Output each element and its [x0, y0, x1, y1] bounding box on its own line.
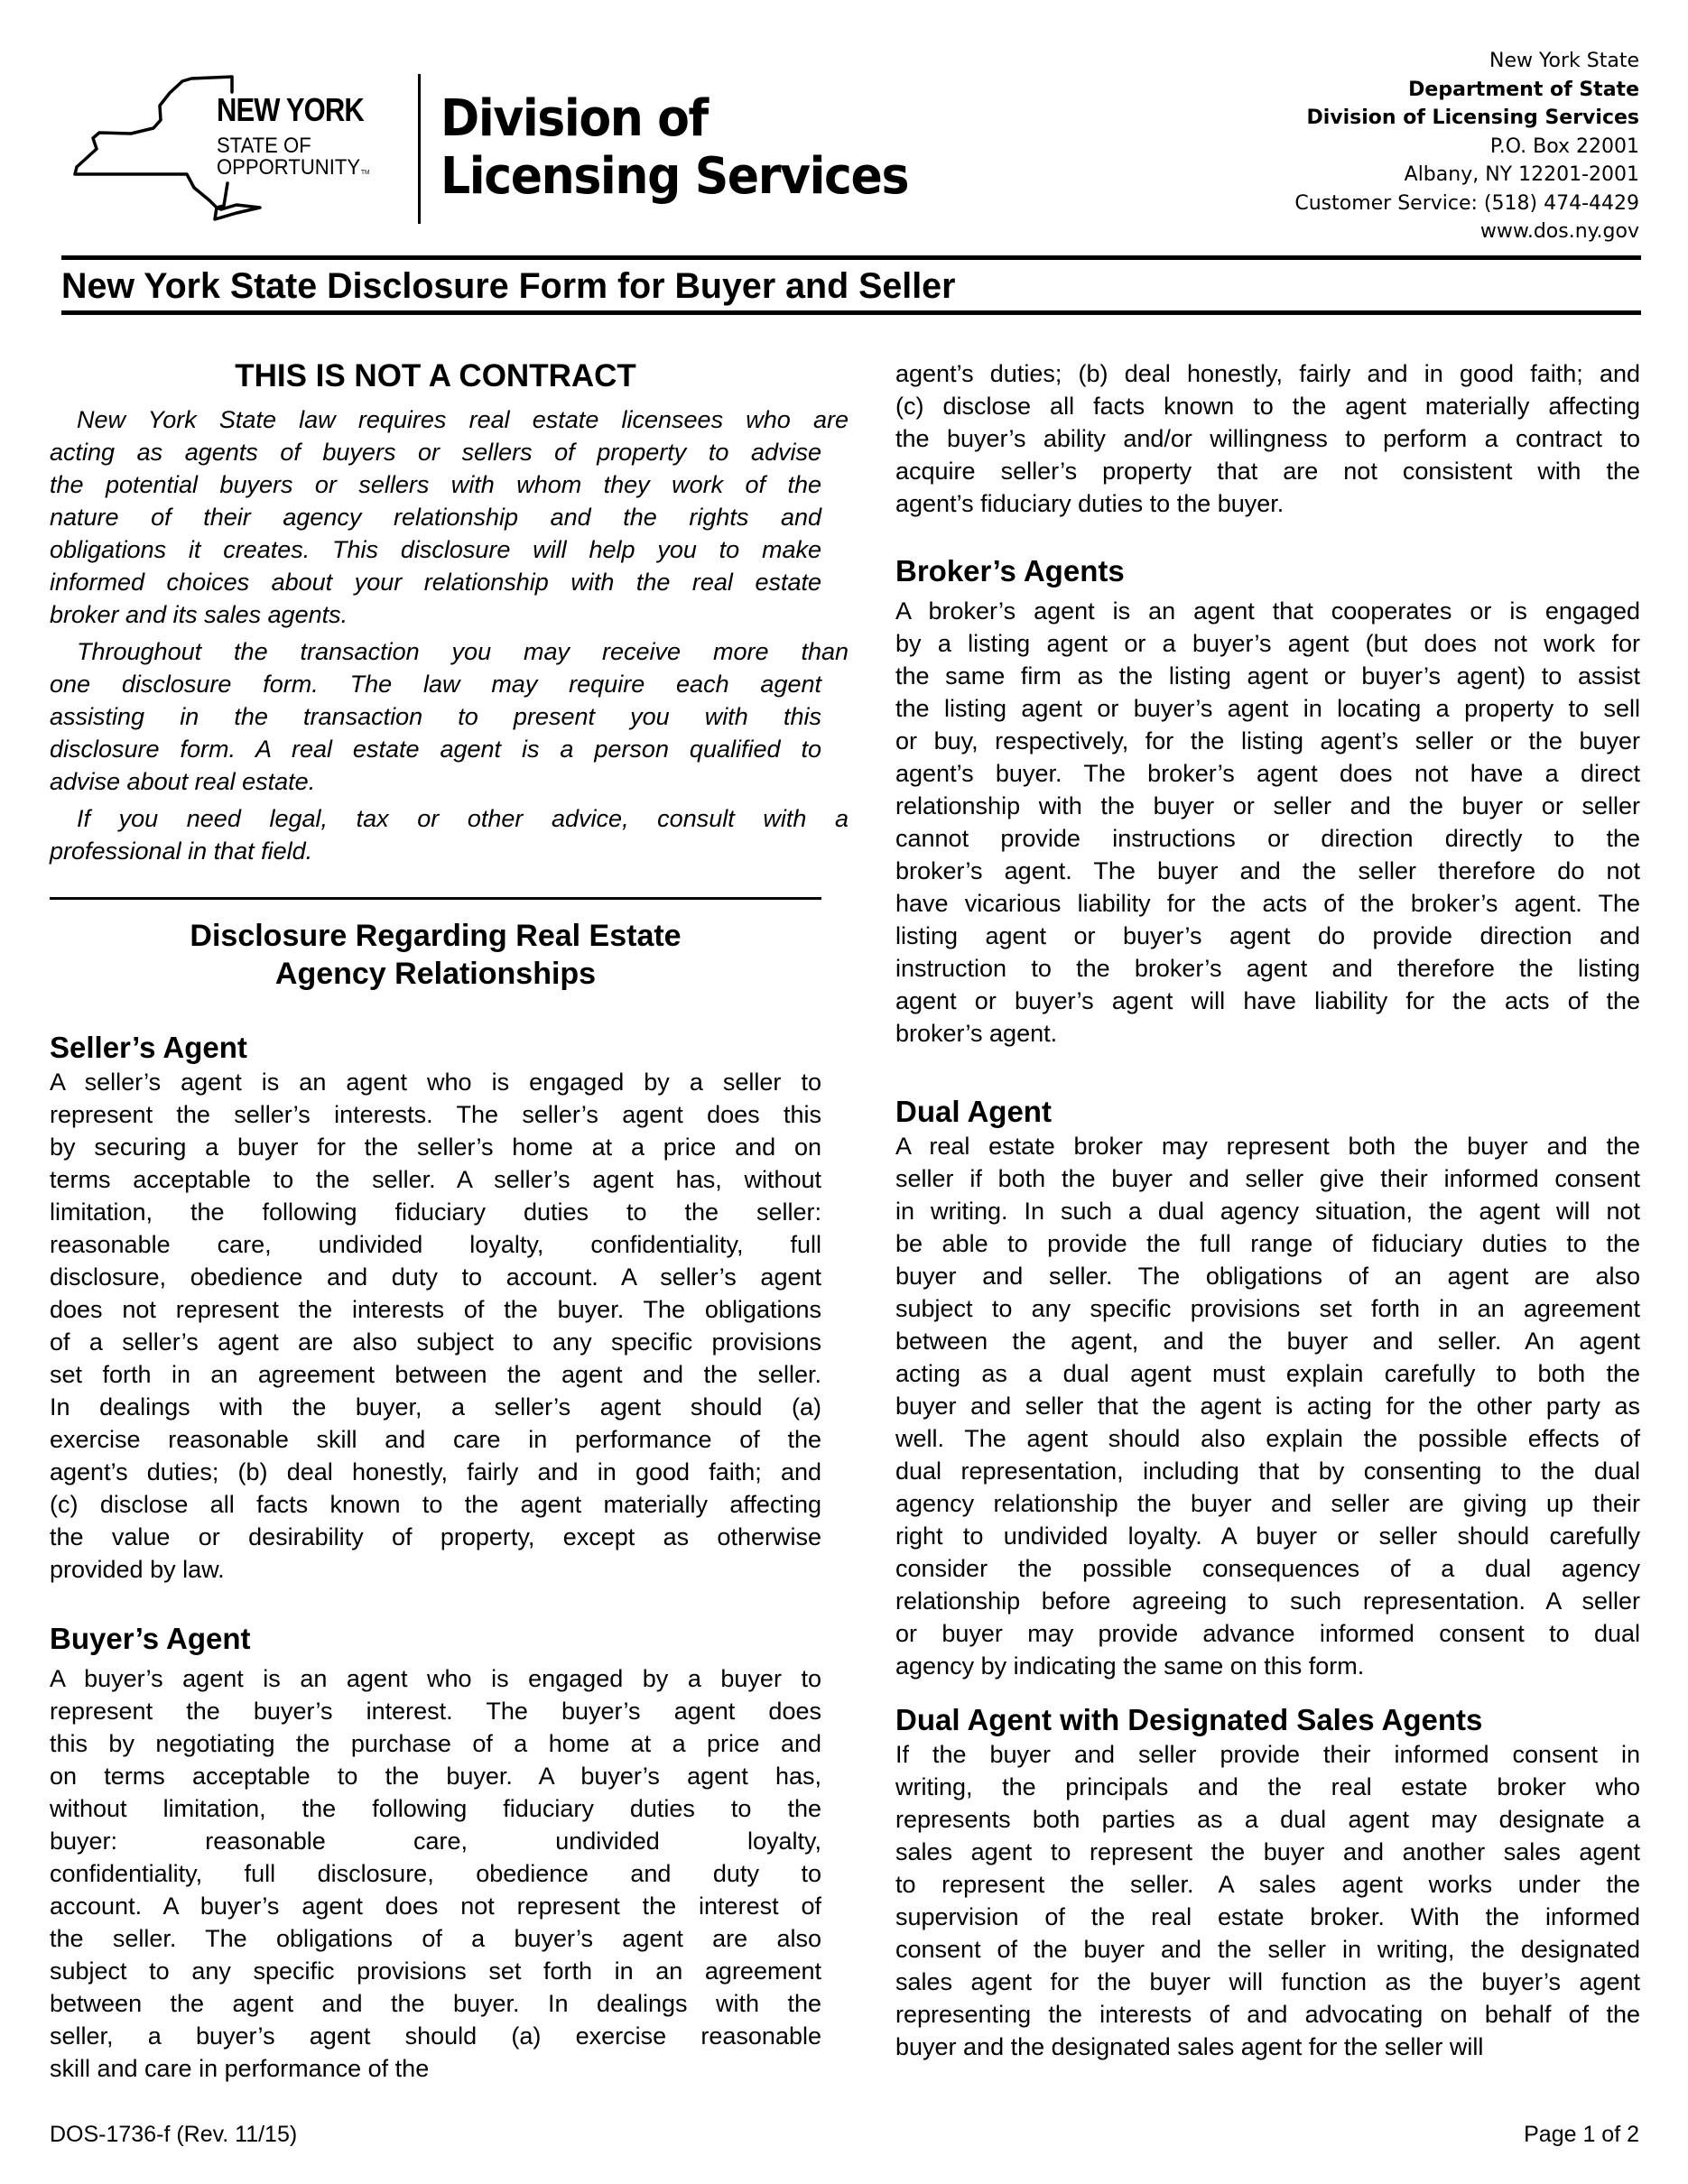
- text-line: If the buyer and seller provide their in…: [895, 1738, 1640, 1771]
- text-line: the potential buyers or sellers with who…: [50, 468, 821, 501]
- text-line: A broker’s agent is an agent that cooper…: [895, 595, 1640, 627]
- text-line: reasonable care, undivided loyalty, conf…: [50, 1228, 821, 1261]
- sellers-agent-body: A seller’s agent is an agent who is enga…: [50, 1066, 821, 1586]
- trademark-mark: TM: [361, 170, 369, 176]
- text-line: agency by indicating the same on this fo…: [895, 1650, 1640, 1682]
- text-line: cannot provide instructions or direction…: [895, 822, 1640, 855]
- dual-agent-designated-heading: Dual Agent with Designated Sales Agents: [895, 1702, 1640, 1738]
- text-line: instruction to the broker’s agent and th…: [895, 952, 1640, 985]
- text-line: consent of the buyer and the seller in w…: [895, 1933, 1640, 1966]
- text-line: sales agent to represent the buyer and a…: [895, 1836, 1640, 1868]
- text-line: relationship with the buyer or seller an…: [895, 790, 1640, 822]
- text-line: broker’s agent. The buyer and the seller…: [895, 855, 1640, 887]
- logo-opportunity-text: OPPORTUNITY: [217, 155, 360, 180]
- text-line: to represent the seller. A sales agent w…: [895, 1868, 1640, 1901]
- text-line: on terms acceptable to the buyer. A buye…: [50, 1760, 821, 1792]
- text-line: acquire seller’s property that are not c…: [895, 455, 1640, 487]
- disclosure-heading-line2: Agency Relationships: [50, 955, 821, 993]
- text-line: well. The agent should also explain the …: [895, 1422, 1640, 1455]
- not-a-contract-heading: THIS IS NOT A CONTRACT: [50, 357, 821, 395]
- address-phone: Customer Service: (518) 474-4429: [1294, 190, 1639, 218]
- text-line: New York State law requires real estate …: [50, 403, 849, 436]
- dual-agent-section: Dual Agent A real estate broker may repr…: [895, 1094, 1640, 1682]
- text-line: represent the seller’s interests. The se…: [50, 1098, 821, 1131]
- text-line: agency relationship the buyer and seller…: [895, 1487, 1640, 1520]
- intro-paragraph-1: New York State law requires real estate …: [50, 403, 821, 631]
- text-line: informed choices about your relationship…: [50, 566, 821, 598]
- text-line: buyer: reasonable care, undivided loyalt…: [50, 1825, 821, 1857]
- address-website[interactable]: www.dos.ny.gov: [1294, 217, 1639, 246]
- text-line: of a seller’s agent are also subject to …: [50, 1326, 821, 1358]
- text-line: account. A buyer’s agent does not repres…: [50, 1890, 821, 1922]
- text-line: representing the interests of and advoca…: [895, 1998, 1640, 2031]
- page-title: New York State Disclosure Form for Buyer…: [61, 265, 955, 307]
- text-line: disclosure form. A real estate agent is …: [50, 733, 821, 765]
- dual-agent-heading: Dual Agent: [895, 1094, 1640, 1130]
- text-line: agent’s duties; (b) deal honestly, fairl…: [50, 1456, 821, 1488]
- text-line: broker and its sales agents.: [50, 598, 821, 631]
- brokers-agents-heading: Broker’s Agents: [895, 553, 1640, 589]
- text-line: dual representation, including that by c…: [895, 1455, 1640, 1487]
- text-line: in writing. In such a dual agency situat…: [895, 1195, 1640, 1227]
- text-line: (c) disclose all facts known to the agen…: [50, 1488, 821, 1521]
- agency-address-block: New York State Department of State Divis…: [1294, 47, 1639, 246]
- buyers-agent-body: A buyer’s agent is an agent who is engag…: [50, 1662, 821, 2085]
- text-line: exercise reasonable skill and care in pe…: [50, 1423, 821, 1456]
- text-line: disclosure, obedience and duty to accoun…: [50, 1261, 821, 1293]
- text-line: the buyer’s ability and/or willingness t…: [895, 422, 1640, 455]
- text-line: obligations it creates. This disclosure …: [50, 533, 821, 566]
- section-divider: [50, 897, 821, 900]
- text-line: agent’s fiduciary duties to the buyer.: [895, 487, 1640, 520]
- text-line: be able to provide the full range of fid…: [895, 1227, 1640, 1260]
- address-state: New York State: [1294, 47, 1639, 76]
- logo-division-of: Division of: [441, 94, 708, 144]
- text-line: writing, the principals and the real est…: [895, 1771, 1640, 1803]
- text-line: by a listing agent or a buyer’s agent (b…: [895, 627, 1640, 660]
- text-line: subject to any specific provisions set f…: [50, 1955, 821, 1987]
- text-line: In dealings with the buyer, a seller’s a…: [50, 1391, 821, 1423]
- text-line: represent the buyer’s interest. The buye…: [50, 1695, 821, 1727]
- text-line: (c) disclose all facts known to the agen…: [895, 390, 1640, 422]
- text-line: by securing a buyer for the seller’s hom…: [50, 1131, 821, 1163]
- address-city: Albany, NY 12201-2001: [1294, 161, 1639, 190]
- text-line: represents both parties as a dual agent …: [895, 1803, 1640, 1836]
- text-line: advise about real estate.: [50, 765, 821, 798]
- text-line: subject to any specific provisions set f…: [895, 1292, 1640, 1325]
- text-line: the same firm as the listing agent or bu…: [895, 660, 1640, 692]
- dual-agent-designated-section: Dual Agent with Designated Sales Agents …: [895, 1702, 1640, 2063]
- brokers-agents-body: A broker’s agent is an agent that cooper…: [895, 595, 1640, 1050]
- text-line: A buyer’s agent is an agent who is engag…: [50, 1662, 821, 1695]
- text-line: between the agent and the buyer. In deal…: [50, 1987, 821, 2020]
- text-line: without limitation, the following fiduci…: [50, 1792, 821, 1825]
- text-line: sales agent for the buyer will function …: [895, 1966, 1640, 1998]
- text-line: nature of their agency relationship and …: [50, 501, 821, 533]
- buyers-agent-continued-body: agent’s duties; (b) deal honestly, fairl…: [895, 357, 1640, 520]
- logo-opportunity: OPPORTUNITYTM: [217, 157, 369, 179]
- text-line: this by negotiating the purchase of a ho…: [50, 1727, 821, 1760]
- text-line: the seller. The obligations of a buyer’s…: [50, 1922, 821, 1955]
- buyers-agent-continued: agent’s duties; (b) deal honestly, fairl…: [895, 357, 1640, 520]
- text-line: have vicarious liability for the acts of…: [895, 887, 1640, 920]
- intro-paragraph-2: Throughout the transaction you may recei…: [50, 635, 821, 798]
- title-bottom-rule: [61, 310, 1641, 315]
- text-line: listing agent or buyer’s agent do provid…: [895, 920, 1640, 952]
- brokers-agents-section: Broker’s Agents A broker’s agent is an a…: [895, 553, 1640, 1050]
- form-identifier: DOS-1736-f (Rev. 11/15): [50, 2121, 297, 2148]
- buyers-agent-heading: Buyer’s Agent: [50, 1621, 821, 1657]
- text-line: assisting in the transaction to present …: [50, 700, 821, 733]
- text-line: limitation, the following fiduciary duti…: [50, 1196, 821, 1228]
- text-line: consider the possible consequences of a …: [895, 1552, 1640, 1585]
- logo-new-york: NEW YORK: [217, 94, 364, 126]
- page-number: Page 1 of 2: [1524, 2121, 1639, 2148]
- disclosure-heading-line1: Disclosure Regarding Real Estate: [50, 917, 821, 955]
- text-line: provided by law.: [50, 1553, 821, 1586]
- logo-licensing-services: Licensing Services: [441, 152, 908, 202]
- text-line: agent’s duties; (b) deal honestly, fairl…: [895, 357, 1640, 390]
- text-line: the listing agent or buyer’s agent in lo…: [895, 692, 1640, 725]
- text-line: agent’s buyer. The broker’s agent does n…: [895, 757, 1640, 790]
- address-po-box: P.O. Box 22001: [1294, 133, 1639, 162]
- text-line: relationship before agreeing to such rep…: [895, 1585, 1640, 1617]
- text-line: broker’s agent.: [895, 1017, 1640, 1050]
- text-line: buyer and seller that the agent is actin…: [895, 1390, 1640, 1422]
- address-division: Division of Licensing Services: [1294, 104, 1639, 133]
- text-line: A seller’s agent is an agent who is enga…: [50, 1066, 821, 1098]
- buyers-agent-section: Buyer’s Agent A buyer’s agent is an agen…: [50, 1621, 821, 2085]
- text-line: buyer and the designated sales agent for…: [895, 2031, 1640, 2063]
- text-line: acting as agents of buyers or sellers of…: [50, 436, 821, 468]
- text-line: between the agent, and the buyer and sel…: [895, 1325, 1640, 1357]
- sellers-agent-section: Seller’s Agent A seller’s agent is an ag…: [50, 1030, 821, 1586]
- text-line: skill and care in performance of the: [50, 2052, 821, 2085]
- text-line: professional in that field.: [50, 835, 821, 867]
- text-line: acting as a dual agent must explain care…: [895, 1357, 1640, 1390]
- text-line: or buyer may provide advance informed co…: [895, 1617, 1640, 1650]
- text-line: Throughout the transaction you may recei…: [50, 635, 849, 668]
- text-line: or buy, respectively, for the listing ag…: [895, 725, 1640, 757]
- text-line: seller if both the buyer and seller give…: [895, 1162, 1640, 1195]
- disclosure-heading: Disclosure Regarding Real Estate Agency …: [50, 917, 821, 993]
- text-line: agent or buyer’s agent will have liabili…: [895, 985, 1640, 1017]
- text-line: set forth in an agreement between the ag…: [50, 1358, 821, 1391]
- text-line: If you need legal, tax or other advice, …: [50, 802, 849, 835]
- dual-agent-designated-body: If the buyer and seller provide their in…: [895, 1738, 1640, 2063]
- intro-paragraph-3: If you need legal, tax or other advice, …: [50, 802, 821, 867]
- text-line: confidentiality, full disclosure, obedie…: [50, 1857, 821, 1890]
- text-line: one disclosure form. The law may require…: [50, 668, 821, 700]
- text-line: the value or desirability of property, e…: [50, 1521, 821, 1553]
- text-line: supervision of the real estate broker. W…: [895, 1901, 1640, 1933]
- text-line: does not represent the interests of the …: [50, 1293, 821, 1326]
- text-line: seller, a buyer’s agent should (a) exerc…: [50, 2020, 821, 2052]
- dual-agent-body: A real estate broker may represent both …: [895, 1130, 1640, 1682]
- text-line: terms acceptable to the seller. A seller…: [50, 1163, 821, 1196]
- title-top-rule: [61, 255, 1641, 260]
- sellers-agent-heading: Seller’s Agent: [50, 1030, 821, 1066]
- address-department: Department of State: [1294, 76, 1639, 105]
- text-line: A real estate broker may represent both …: [895, 1130, 1640, 1162]
- not-a-contract-heading-wrap: THIS IS NOT A CONTRACT: [50, 357, 821, 395]
- logo-divider: [418, 74, 421, 224]
- logo-state-of: STATE OF: [217, 135, 311, 157]
- text-line: buyer and seller. The obligations of an …: [895, 1260, 1640, 1292]
- text-line: right to undivided loyalty. A buyer or s…: [895, 1520, 1640, 1552]
